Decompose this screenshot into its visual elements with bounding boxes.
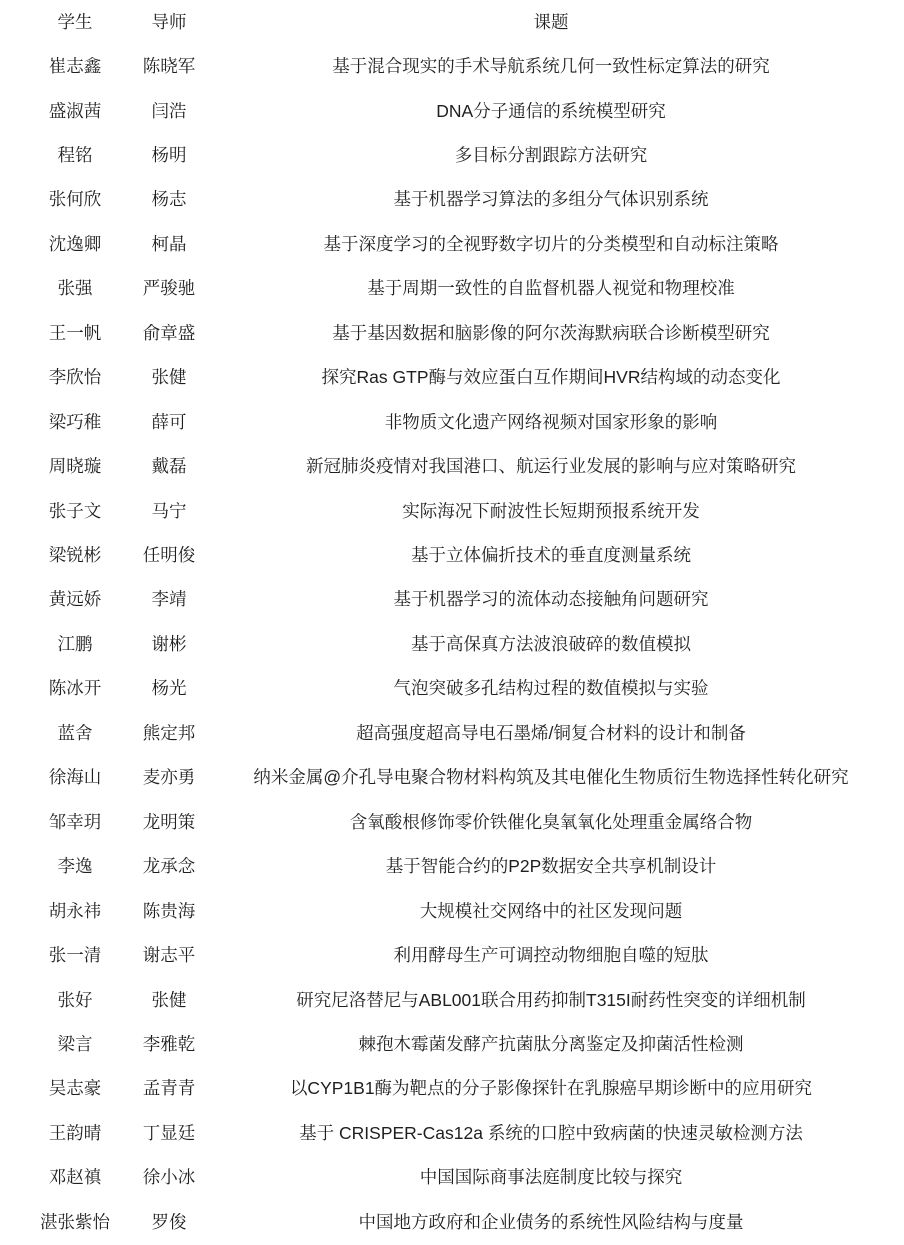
student-cell: 江鹏 <box>26 635 124 654</box>
student-cell: 胡永祎 <box>26 902 124 921</box>
topic-cell: 多目标分割跟踪方法研究 <box>214 146 888 165</box>
topic-cell: 基于深度学习的全视野数字切片的分类模型和自动标注策略 <box>214 235 888 254</box>
topic-cell: 基于机器学习算法的多组分气体识别系统 <box>214 190 888 209</box>
table-row: 王韵晴 丁显廷 基于 CRISPER-Cas12a 系统的口腔中致病菌的快速灵敏… <box>0 1111 904 1155</box>
table-row: 梁巧稚 薛可 非物质文化遗产网络视频对国家形象的影响 <box>0 400 904 444</box>
student-cell: 王韵晴 <box>26 1124 124 1143</box>
advisor-cell: 薛可 <box>132 413 206 432</box>
advisor-cell: 李雅乾 <box>132 1035 206 1054</box>
topic-cell: 利用酵母生产可调控动物细胞自噬的短肽 <box>214 946 888 965</box>
topic-cell: 基于基因数据和脑影像的阿尔茨海默病联合诊断模型研究 <box>214 324 888 343</box>
topic-cell: 纳米金属@介孔导电聚合物材料构筑及其电催化生物质衍生物选择性转化研究 <box>214 768 888 787</box>
table-row: 张何欣 杨志 基于机器学习算法的多组分气体识别系统 <box>0 178 904 222</box>
table-row: 陈冰开 杨光 气泡突破多孔结构过程的数值模拟与实验 <box>0 667 904 711</box>
topic-cell: 基于立体偏折技术的垂直度测量系统 <box>214 546 888 565</box>
table-row: 梁锐彬 任明俊 基于立体偏折技术的垂直度测量系统 <box>0 533 904 577</box>
column-header-student: 学生 <box>26 13 124 32</box>
student-cell: 李逸 <box>26 857 124 876</box>
advisor-cell: 李靖 <box>132 590 206 609</box>
advisor-cell: 麦亦勇 <box>132 768 206 787</box>
advisor-cell: 任明俊 <box>132 546 206 565</box>
student-cell: 陈冰开 <box>26 679 124 698</box>
table-row: 张子文 马宁 实际海况下耐波性长短期预报系统开发 <box>0 489 904 533</box>
advisor-cell: 严骏驰 <box>132 279 206 298</box>
topic-cell: 中国国际商事法庭制度比较与探究 <box>214 1168 888 1187</box>
table-row: 李逸 龙承念 基于智能合约的P2P数据安全共享机制设计 <box>0 845 904 889</box>
student-cell: 吴志豪 <box>26 1079 124 1098</box>
topic-cell: 棘孢木霉菌发酵产抗菌肽分离鉴定及抑菌活性检测 <box>214 1035 888 1054</box>
advisor-cell: 谢志平 <box>132 946 206 965</box>
student-advisor-topic-table: 学生 导师 课题 崔志鑫 陈晓军 基于混合现实的手术导航系统几何一致性标定算法的… <box>0 0 904 1245</box>
table-row: 梁言 李雅乾 棘孢木霉菌发酵产抗菌肽分离鉴定及抑菌活性检测 <box>0 1022 904 1066</box>
table-row: 崔志鑫 陈晓军 基于混合现实的手术导航系统几何一致性标定算法的研究 <box>0 44 904 88</box>
table-row: 徐海山 麦亦勇 纳米金属@介孔导电聚合物材料构筑及其电催化生物质衍生物选择性转化… <box>0 756 904 800</box>
table-row: 邹幸玥 龙明策 含氧酸根修饰零价铁催化臭氧氧化处理重金属络合物 <box>0 800 904 844</box>
column-header-advisor: 导师 <box>132 13 206 32</box>
student-cell: 张一清 <box>26 946 124 965</box>
table-row: 邓赵禛 徐小冰 中国国际商事法庭制度比较与探究 <box>0 1156 904 1200</box>
topic-cell: DNA分子通信的系统模型研究 <box>214 102 888 121</box>
topic-cell: 中国地方政府和企业债务的系统性风险结构与度量 <box>214 1213 888 1232</box>
topic-cell: 超高强度超高导电石墨烯/铜复合材料的设计和制备 <box>214 724 888 743</box>
topic-cell: 探究Ras GTP酶与效应蛋白互作期间HVR结构域的动态变化 <box>214 368 888 387</box>
topic-cell: 新冠肺炎疫情对我国港口、航运行业发展的影响与应对策略研究 <box>214 457 888 476</box>
student-cell: 王一帆 <box>26 324 124 343</box>
student-cell: 梁巧稚 <box>26 413 124 432</box>
advisor-cell: 孟青青 <box>132 1079 206 1098</box>
table-row: 李欣怡 张健 探究Ras GTP酶与效应蛋白互作期间HVR结构域的动态变化 <box>0 356 904 400</box>
student-cell: 邹幸玥 <box>26 813 124 832</box>
advisor-cell: 闫浩 <box>132 102 206 121</box>
table-row: 胡永祎 陈贵海 大规模社交网络中的社区发现问题 <box>0 889 904 933</box>
table-row: 王一帆 俞章盛 基于基因数据和脑影像的阿尔茨海默病联合诊断模型研究 <box>0 311 904 355</box>
advisor-cell: 杨志 <box>132 190 206 209</box>
advisor-cell: 杨明 <box>132 146 206 165</box>
student-cell: 张强 <box>26 279 124 298</box>
student-cell: 周晓璇 <box>26 457 124 476</box>
advisor-cell: 马宁 <box>132 502 206 521</box>
advisor-cell: 熊定邦 <box>132 724 206 743</box>
table-row: 周晓璇 戴磊 新冠肺炎疫情对我国港口、航运行业发展的影响与应对策略研究 <box>0 445 904 489</box>
advisor-cell: 丁显廷 <box>132 1124 206 1143</box>
advisor-cell: 张健 <box>132 991 206 1010</box>
student-cell: 盛淑茜 <box>26 102 124 121</box>
table-row: 江鹏 谢彬 基于高保真方法波浪破碎的数值模拟 <box>0 622 904 666</box>
topic-cell: 大规模社交网络中的社区发现问题 <box>214 902 888 921</box>
student-cell: 程铭 <box>26 146 124 165</box>
advisor-cell: 杨光 <box>132 679 206 698</box>
advisor-cell: 龙明策 <box>132 813 206 832</box>
student-cell: 邓赵禛 <box>26 1168 124 1187</box>
table-row: 张好 张健 研究尼洛替尼与ABL001联合用药抑制T315I耐药性突变的详细机制 <box>0 978 904 1022</box>
student-cell: 蓝舍 <box>26 724 124 743</box>
student-cell: 李欣怡 <box>26 368 124 387</box>
student-cell: 黄远娇 <box>26 590 124 609</box>
table-row: 吴志豪 孟青青 以CYP1B1酶为靶点的分子影像探针在乳腺癌早期诊断中的应用研究 <box>0 1067 904 1111</box>
advisor-cell: 龙承念 <box>132 857 206 876</box>
advisor-cell: 罗俊 <box>132 1213 206 1232</box>
student-cell: 张子文 <box>26 502 124 521</box>
table-row: 盛淑茜 闫浩 DNA分子通信的系统模型研究 <box>0 89 904 133</box>
topic-cell: 基于机器学习的流体动态接触角问题研究 <box>214 590 888 609</box>
student-cell: 张何欣 <box>26 190 124 209</box>
topic-cell: 非物质文化遗产网络视频对国家形象的影响 <box>214 413 888 432</box>
student-cell: 沈逸卿 <box>26 235 124 254</box>
table-row: 张强 严骏驰 基于周期一致性的自监督机器人视觉和物理校准 <box>0 267 904 311</box>
table-row: 蓝舍 熊定邦 超高强度超高导电石墨烯/铜复合材料的设计和制备 <box>0 711 904 755</box>
topic-cell: 以CYP1B1酶为靶点的分子影像探针在乳腺癌早期诊断中的应用研究 <box>214 1079 888 1098</box>
student-cell: 张好 <box>26 991 124 1010</box>
student-cell: 湛张紫怡 <box>26 1213 124 1232</box>
advisor-cell: 戴磊 <box>132 457 206 476</box>
topic-cell: 含氧酸根修饰零价铁催化臭氧氧化处理重金属络合物 <box>214 813 888 832</box>
advisor-cell: 张健 <box>132 368 206 387</box>
table-row: 程铭 杨明 多目标分割跟踪方法研究 <box>0 133 904 177</box>
topic-cell: 基于 CRISPER-Cas12a 系统的口腔中致病菌的快速灵敏检测方法 <box>214 1124 888 1143</box>
student-cell: 徐海山 <box>26 768 124 787</box>
advisor-cell: 柯晶 <box>132 235 206 254</box>
table-row: 湛张紫怡 罗俊 中国地方政府和企业债务的系统性风险结构与度量 <box>0 1200 904 1244</box>
advisor-cell: 陈晓军 <box>132 57 206 76</box>
advisor-cell: 陈贵海 <box>132 902 206 921</box>
topic-cell: 基于混合现实的手术导航系统几何一致性标定算法的研究 <box>214 57 888 76</box>
topic-cell: 基于智能合约的P2P数据安全共享机制设计 <box>214 857 888 876</box>
table-row: 沈逸卿 柯晶 基于深度学习的全视野数字切片的分类模型和自动标注策略 <box>0 222 904 266</box>
table-row: 张一清 谢志平 利用酵母生产可调控动物细胞自噬的短肽 <box>0 934 904 978</box>
student-cell: 崔志鑫 <box>26 57 124 76</box>
advisor-cell: 谢彬 <box>132 635 206 654</box>
advisor-cell: 俞章盛 <box>132 324 206 343</box>
topic-cell: 研究尼洛替尼与ABL001联合用药抑制T315I耐药性突变的详细机制 <box>214 991 888 1010</box>
student-cell: 梁言 <box>26 1035 124 1054</box>
table-header-row: 学生 导师 课题 <box>0 0 904 44</box>
topic-cell: 基于周期一致性的自监督机器人视觉和物理校准 <box>214 279 888 298</box>
topic-cell: 基于高保真方法波浪破碎的数值模拟 <box>214 635 888 654</box>
topic-cell: 气泡突破多孔结构过程的数值模拟与实验 <box>214 679 888 698</box>
table-row: 黄远娇 李靖 基于机器学习的流体动态接触角问题研究 <box>0 578 904 622</box>
student-cell: 梁锐彬 <box>26 546 124 565</box>
advisor-cell: 徐小冰 <box>132 1168 206 1187</box>
column-header-topic: 课题 <box>214 13 888 32</box>
topic-cell: 实际海况下耐波性长短期预报系统开发 <box>214 502 888 521</box>
